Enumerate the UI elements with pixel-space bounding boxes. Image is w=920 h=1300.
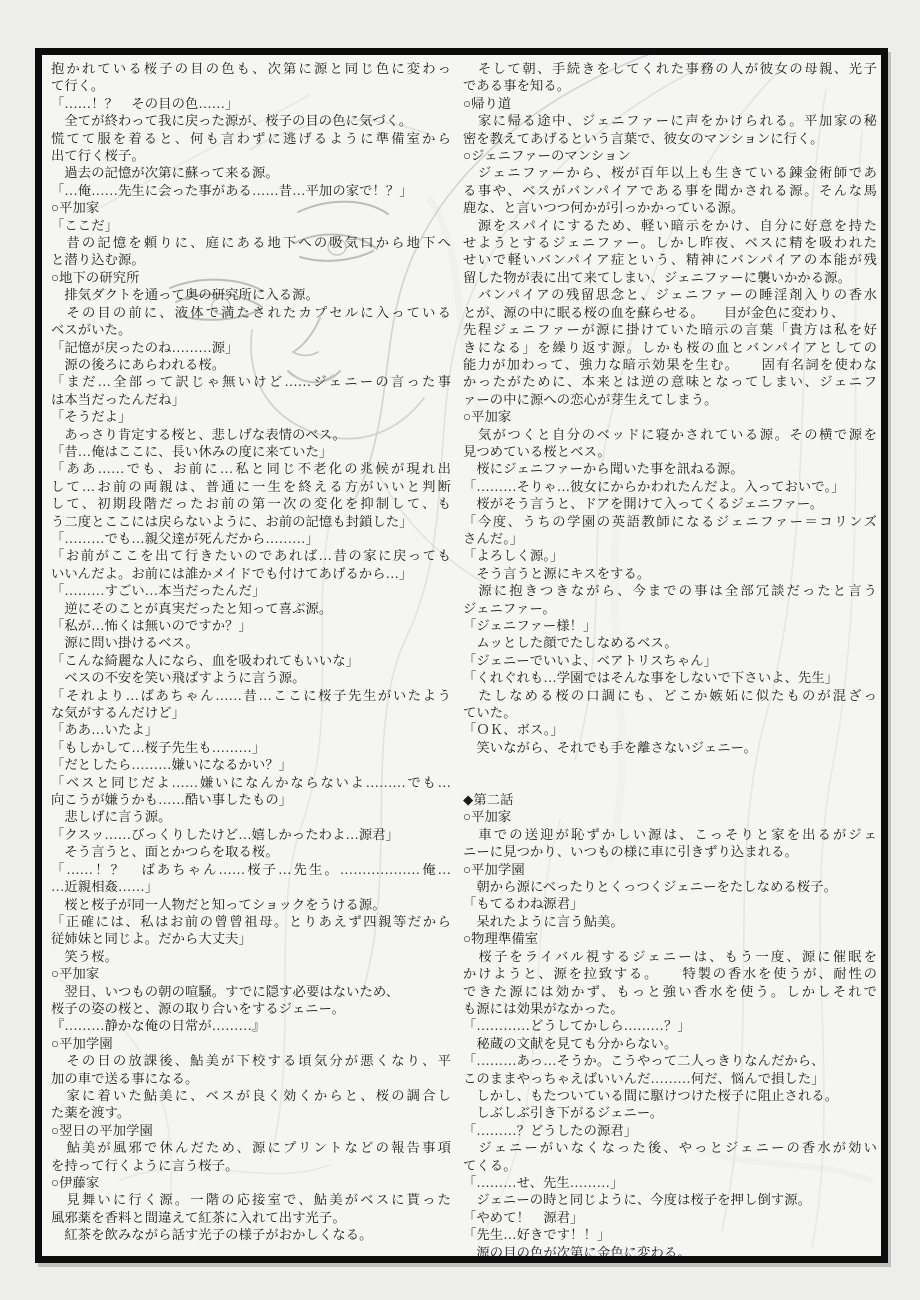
text-line: あっさり肯定する桜と、悲しげな表情のベス。 [51,426,451,443]
text-line: このままやっちゃえばいいんだ………何だ、悩んで損した」 [463,1070,877,1087]
text-line: 「よろしく源。」 [463,547,877,564]
text-line: な気がするんだけど」 [51,704,451,721]
text-line: と潜り込む源。 [51,251,451,268]
text-line: とが、源の中に眠る桜の血を蘇らせる。 目が金色に変わり、 [463,304,877,321]
text-line: 「今度、うちの学園の英語教師になるジェニファー＝コリンズ [463,513,877,530]
text-line: 車での送迎が恥ずかしい源は、こっそりと家を出るがジェ [463,826,877,843]
text-line: 「もてるわね源君」 [463,895,877,912]
text-line: 「…………どうしてかしら………？」 [463,1017,877,1034]
text-line: 抱かれている桜子の目の色も、次第に源と同じ色に変わっ [51,60,451,77]
text-line: ○平加家 [51,199,451,216]
text-line: 「こんな綺麗な人になら、血を吸われてもいいな」 [51,652,451,669]
text-line: 『………静かな俺の日常が………』 [51,1017,451,1034]
text-line: 昔の記憶を頼りに、庭にある地下への吸気口から地下へ [51,234,451,251]
text-line: バンパイアの残留思念と、ジェニファーの睡淫剤入りの香水 [463,286,877,303]
text-line: 「くれぐれも…学園ではそんな事をしないで下さいよ、先生」 [463,669,877,686]
text-line: 桜子の姿の桜と、源の取り合いをするジェニー。 [51,1000,451,1017]
text-line: ○平加家 [463,808,877,825]
text-line: ジェニーの時と同じように、今度は桜子を押し倒す源。 [463,1191,877,1208]
text-line: ○平加家 [463,408,877,425]
text-line: して…お前の両親は、普通に一生を終える方がいいと判断 [51,478,451,495]
text-line: 過去の記憶が次第に蘇って来る源。 [51,164,451,181]
text-line: 「もしかして…桜子先生も………」 [51,739,451,756]
text-line: 「………そりゃ…彼女にからかわれたんだよ。入っておいで。」 [463,478,877,495]
text-line: さんだ。」 [463,530,877,547]
text-line: 「それより…ばあちゃん……昔…ここに桜子先生がいたよう [51,687,451,704]
text-line: 逆にそのことが真実だったと知って喜ぶ源。 [51,600,451,617]
text-line: 桜子をライバル視するジェニーは、もう一度、源に催眠を [463,948,877,965]
text-line: せいで軽いバンパイア症という、精神にバンパイアの本能が残 [463,251,877,268]
text-line: 源に抱きつきながら、今までの事は全部冗談だったと言う [463,582,877,599]
text-line: 「ジェニーでいいよ、ベアトリスちゃん」 [463,652,877,669]
page-frame: 抱かれている桜子の目の色も、次第に源と同じ色に変わって行く。「……！？ その目の… [35,48,888,1263]
text-line: 鹿な、と言いつつ何かが引っかかっている源。 [463,199,877,216]
text-line: 「……！？ ばあちゃん……桜子…先生。………………俺… [51,861,451,878]
text-line: 留した物が表に出て来てしまい、ジェニファーに襲いかかる源。 [463,269,877,286]
text-line: 見つめている桜とベス。 [463,443,877,460]
text-line: 「………あっ…そうか。こうやって二人っきりなんだから、 [463,1052,877,1069]
text-line: ○翌日の平加学園 [51,1122,451,1139]
text-line: ○平加学園 [463,861,877,878]
text-line: 「私が…怖くは無いのですか？」 [51,617,451,634]
text-line: 「お前がここを出て行きたいのであれば…昔の家に戻っても [51,547,451,564]
text-line: ジェニファーから、桜が百年以上も生きている錬金術師であ [463,164,877,181]
text-line: 「ＯＫ、ボス。」 [463,721,877,738]
text-line [463,756,877,773]
text-line: 「…俺……先生に会った事がある……昔…平加の家で！？」 [51,182,451,199]
text-line: う二度とここには戻らないように、お前の記憶も封鎖した」 [51,513,451,530]
text-line: 風邪薬を香料と間違えて紅茶に入れて出す光子。 [51,1209,451,1226]
text-line: 源の後ろにあらわれる桜。 [51,356,451,373]
text-line: 排気ダクトを通って奥の研究所に入る源。 [51,286,451,303]
left-text-column: 抱かれている桜子の目の色も、次第に源と同じ色に変わって行く。「……！？ その目の… [51,60,451,1244]
text-line: ジェニファー。 [463,600,877,617]
text-line: ○平加家 [51,965,451,982]
text-line: て行く。 [51,77,451,94]
text-line: 先程ジェニファーが源に掛けていた暗示の言葉「貴方は私を好 [463,321,877,338]
text-line: は本当だったんだね」 [51,391,451,408]
text-line: いいんだよ。お前には誰かメイドでも付けてあげるから…」 [51,565,451,582]
text-line: 悲しげに言う源。 [51,808,451,825]
text-line: そう言うと、面とかつらを取る桜。 [51,843,451,860]
text-line: 「クスッ……びっくりしたけど…嬉しかったわよ…源君」 [51,826,451,843]
text-line: 「だとしたら………嫌いになるかい？」 [51,756,451,773]
text-line: 「………せ、先生………」 [463,1174,877,1191]
text-line: 従姉妹と同じよ。だから大丈夫」 [51,930,451,947]
text-line: を持って行くように言う桜子。 [51,1157,451,1174]
text-line: 翌日、いつもの朝の喧騒。すでに隠す必要はないため、 [51,983,451,1000]
text-line: 「正確には、私はお前の曾曾祖母。とりあえず四親等だから [51,913,451,930]
text-line: 「ジェニファー様！」 [463,617,877,634]
text-line: ていた。 [463,704,877,721]
text-line: 「ああ…いたよ」 [51,721,451,738]
text-line: 笑う桜。 [51,948,451,965]
text-line: ベスがいた。 [51,321,451,338]
text-line: 紅茶を飲みながら話す光子の様子がおかしくなる。 [51,1226,451,1243]
text-line: ○物理準備室 [463,930,877,947]
text-line: 「……！？ その目の色……」 [51,95,451,112]
text-line: 出て行く桜子。 [51,147,451,164]
text-line: きになる」を繰り返す源。しかも桜の血とバンパイアとしての [463,339,877,356]
text-line: 朝から源にべったりとくっつくジェニーをたしなめる桜子。 [463,878,877,895]
text-line: た薬を渡す。 [51,1104,451,1121]
text-line: 源の目の色が次第に金色に変わる。 [463,1244,877,1261]
text-line: しぶしぶ引き下がるジェニー。 [463,1104,877,1121]
text-line: ◆第二話 [463,791,877,808]
text-line: 家に帰る途中、ジェニファーに声をかけられる。平加家の秘 [463,112,877,129]
text-line: 「ベスと同じだよ……嫌いになんかならないよ………でも… [51,774,451,791]
text-line: その目の前に、液体で満たされたカプセルに入っている [51,304,451,321]
text-line [463,774,877,791]
text-line: 「………すごい…本当だったんだ」 [51,582,451,599]
text-line: かけようと、源を拉致する。 特製の香水を使うが、耐性の [463,965,877,982]
text-line: せようとするジェニファー。しかし昨夜、ベスに精を吸われた [463,234,877,251]
right-text-column: そして朝、手続きをしてくれた事務の人が彼女の母親、光子である事を知る。○帰り道 … [463,60,877,1261]
text-line: る事や、ベスがバンパイアである事を聞かされる源。そんな馬 [463,182,877,199]
text-line: 「そうだよ」 [51,408,451,425]
text-line: 源をスパイにするため、軽い暗示をかけ、自分に好意を持た [463,217,877,234]
text-line: てくる。 [463,1157,877,1174]
text-line: 源に問い掛けるベス。 [51,634,451,651]
text-line: ○伊藤家 [51,1174,451,1191]
text-line: 加の車で送る事になる。 [51,1070,451,1087]
text-line: しかし、もたついている間に駆けつけた桜子に阻止される。 [463,1087,877,1104]
text-line: 見舞いに行く源。一階の応接室で、鮎美がベスに貰った [51,1191,451,1208]
text-line: ○帰り道 [463,95,877,112]
text-line: ニーに見つかり、いつもの様に車に引きずり込まれる。 [463,843,877,860]
text-line: 全てが終わって我に戻った源が、桜子の目の色に気づく。 [51,112,451,129]
text-line: 密を教えてあげるという言葉で、彼女のマンションに行く。 [463,130,877,147]
text-line: 「まだ…全部って訳じゃ無いけど……ジェニーの言った事 [51,373,451,390]
text-line: そして朝、手続きをしてくれた事務の人が彼女の母親、光子 [463,60,877,77]
text-line: 桜にジェニファーから聞いた事を訊ねる源。 [463,460,877,477]
text-line: ○地下の研究所 [51,269,451,286]
text-line: 鮎美が風邪で休んだため、源にプリントなどの報告事項 [51,1139,451,1156]
text-line: 「先生…好きです！！」 [463,1226,877,1243]
text-line: 「ここだ」 [51,217,451,234]
text-line: 慌てて服を着ると、何も言わずに逃げるように準備室から [51,130,451,147]
text-line: 「ああ……でも、お前に…私と同じ不老化の兆候が現れ出 [51,460,451,477]
text-line: 能力が加わって、強力な暗示効果を生む。 固有名詞を使わな [463,356,877,373]
text-line: ムッとした顔でたしなめるベス。 [463,634,877,651]
text-line: 笑いながら、それでも手を離さないジェニー。 [463,739,877,756]
text-line: そう言うと源にキスをする。 [463,565,877,582]
text-line: 呆れたように言う鮎美。 [463,913,877,930]
text-line: ベスの不安を笑い飛ばすように言う源。 [51,669,451,686]
text-line: ジェニーがいなくなった後、やっとジェニーの香水が効い [463,1139,877,1156]
text-line: 「………でも…親父達が死んだから………」 [51,530,451,547]
text-line: 向こうが嫌うかも……酷い事したもの」 [51,791,451,808]
text-line: できた源には効かず、もっと強い香水を使う。しかしそれで [463,983,877,1000]
text-line: である事を知る。 [463,77,877,94]
text-line: かったがために、本来とは逆の意味となってしまい、ジェニフ [463,373,877,390]
text-line: 桜と桜子が同一人物だと知ってショックをうける源。 [51,896,451,913]
text-line: 気がつくと自分のベッドに寝かされている源。その横で源を [463,426,877,443]
text-line: 「記憶が戻ったのね………源」 [51,339,451,356]
text-line: 家に着いた鮎美に、ベスが良く効くからと、桜の調合し [51,1087,451,1104]
text-line: 「………？どうしたの源君」 [463,1122,877,1139]
text-line: たしなめる桜の口調にも、どこか嫉妬に似たものが混ざっ [463,687,877,704]
text-line: して、初期段階だったお前の第一次の変化を抑制して、も [51,495,451,512]
text-line: ○平加学園 [51,1035,451,1052]
text-line: 「やめて！ 源君」 [463,1209,877,1226]
text-line: その日の放課後、鮎美が下校する頃気分が悪くなり、平 [51,1052,451,1069]
text-line: 桜がそう言うと、ドアを開けて入ってくるジェニファー。 [463,495,877,512]
scanned-page: 抱かれている桜子の目の色も、次第に源と同じ色に変わって行く。「……！？ その目の… [0,0,920,1300]
text-line: 「昔…俺はここに、長い休みの度に来ていた」 [51,443,451,460]
text-line: ァーの中に源への恋心が芽生えてしまう。 [463,391,877,408]
text-line: も源には効果がなかった。 [463,1000,877,1017]
text-line: …近親相姦……」 [51,878,451,895]
text-line: 秘蔵の文献を見ても分からない。 [463,1035,877,1052]
text-line: ○ジェニファーのマンション [463,147,877,164]
